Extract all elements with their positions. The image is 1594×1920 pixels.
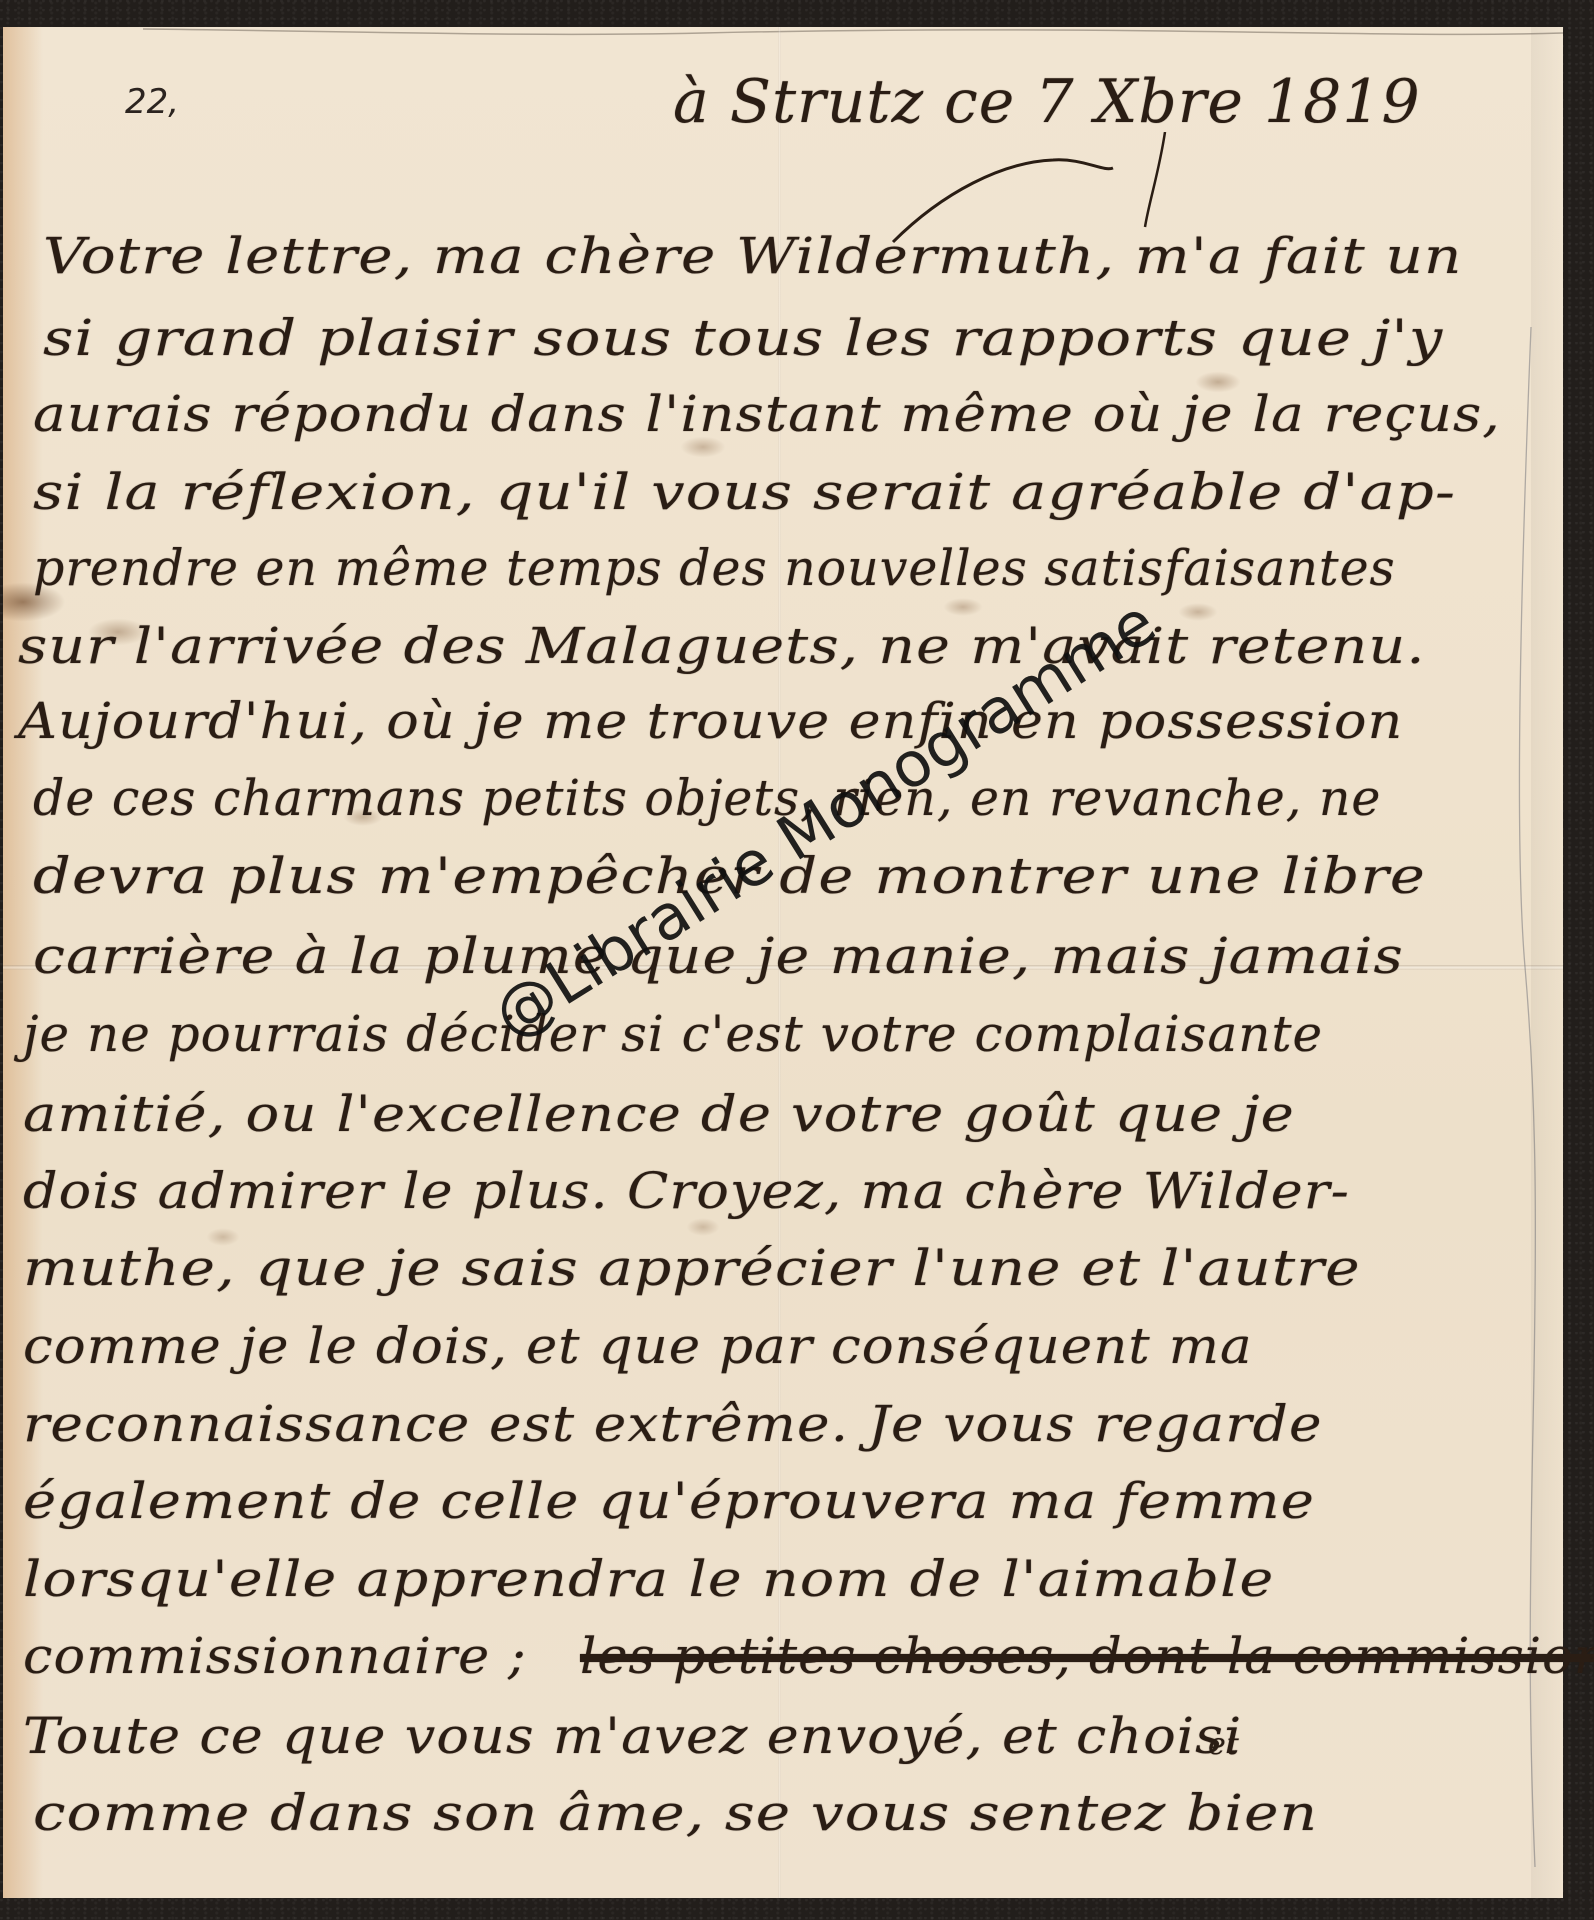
letter-line: comme je le dois, et que par conséquent … xyxy=(23,1317,1253,1375)
letter-line: Aujourd'hui, où je me trouve enfin en po… xyxy=(18,692,1403,750)
page-number: 22, xyxy=(125,82,179,122)
letter-line: aurais répondu dans l'instant même où je… xyxy=(33,385,1501,443)
paper-crease xyxy=(143,27,1563,39)
dateline: à Strutz ce 7 Xbre 1819 xyxy=(673,67,1421,137)
letter-line: comme dans son âme, se vous sentez bien xyxy=(33,1784,1318,1842)
letter-line: amitié, ou l'excellence de votre goût qu… xyxy=(23,1085,1295,1143)
letter-line: dois admirer le plus. Croyez, ma chère W… xyxy=(23,1162,1350,1220)
letter-line: également de celle qu'éprouvera ma femme xyxy=(23,1472,1315,1530)
letter-line: prendre en même temps des nouvelles sati… xyxy=(33,539,1396,597)
letter-line: reconnaissance est extrême. Je vous rega… xyxy=(23,1395,1323,1453)
letter-line: sur l'arrivée des Malaguets, ne m'avait … xyxy=(18,617,1426,675)
letter-line: si la réflexion, qu'il vous serait agréa… xyxy=(33,463,1456,521)
letter-line: commissionnaire ; les petites choses, do… xyxy=(23,1627,1587,1685)
letter-line: de ces charmans petits objets, rien, en … xyxy=(33,769,1381,827)
letter-line: Votre lettre, ma chère Wildermuth, m'a f… xyxy=(43,227,1462,285)
letter-line: muthe, que je sais apprécier l'une et l'… xyxy=(23,1239,1361,1297)
letter-line: Toute ce que vous m'avez envoyé, et choi… xyxy=(23,1707,1242,1765)
letter-line: si grand plaisir sous tous les rapports … xyxy=(43,309,1443,367)
letter-line: carrière à la plume que je manie, mais j… xyxy=(33,927,1404,985)
letter-line: lorsqu'elle apprendra le nom de l'aimabl… xyxy=(23,1550,1274,1608)
paper-edge-shadow xyxy=(1531,27,1563,1898)
line-text: commissionnaire ; xyxy=(23,1627,527,1685)
struck-through-text: les petites choses, dont la commission xyxy=(580,1627,1594,1685)
letter-sheet: ~~~~ ~~~~~~~ ~~~~~ ~~~~~~~ ~~~~~~ ~~~~~~… xyxy=(3,27,1563,1898)
letter-line: je ne pourrais décider si c'est votre co… xyxy=(23,1005,1323,1063)
bleed-through-text: ~~~~ ~~~~~~~ ~~~~~ ~~~~~~~ ~~~~~~ ~~~~~~… xyxy=(60,155,1517,173)
